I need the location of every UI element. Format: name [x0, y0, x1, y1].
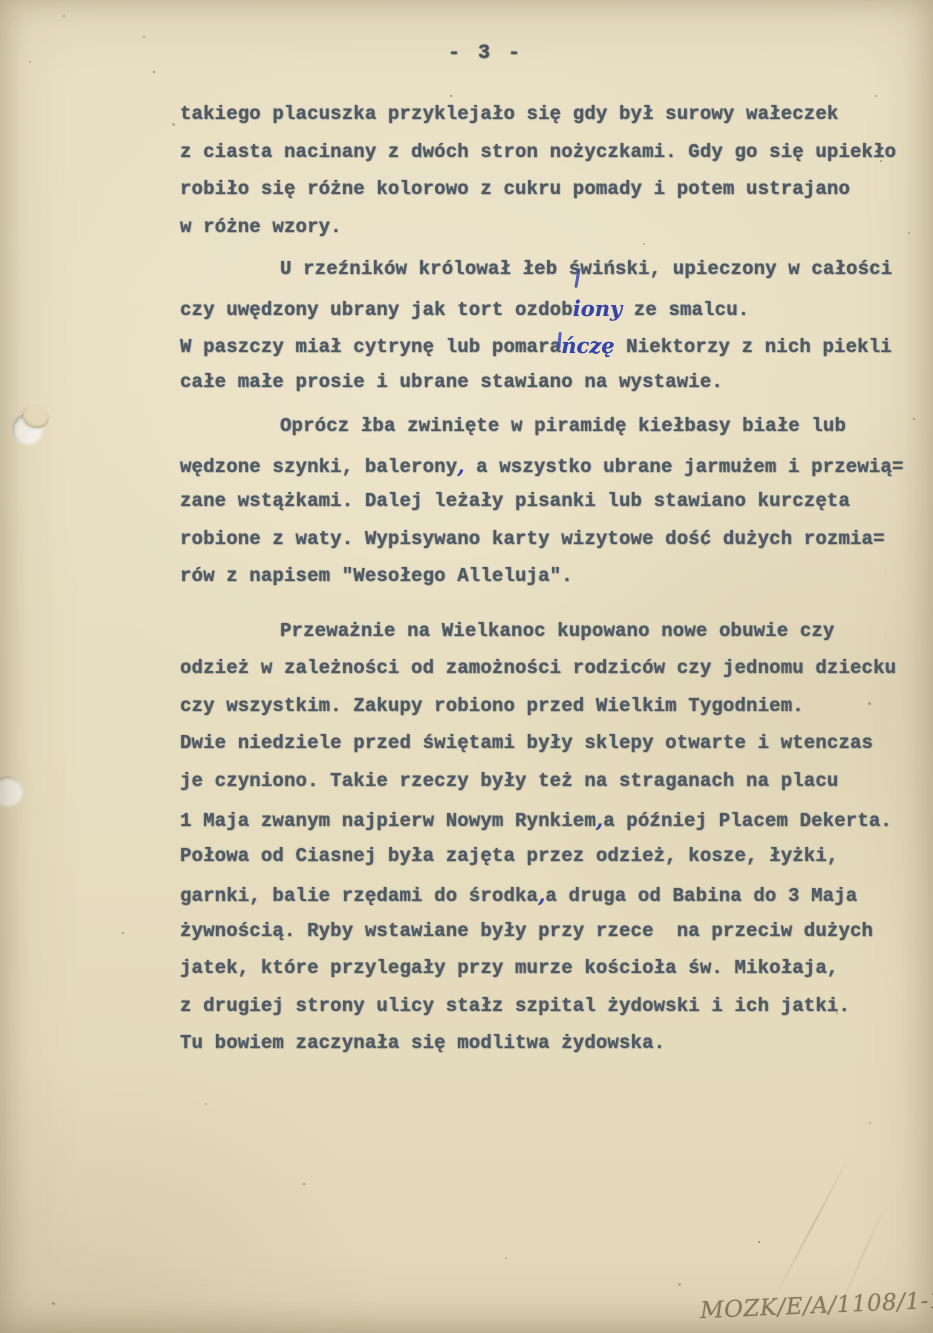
typed-text: odzież w zależności od zamożności rodzic…	[180, 657, 896, 679]
document-page: - 3 - takiego placuszka przyklejało się …	[0, 0, 933, 1333]
hole-punch	[0, 776, 22, 806]
text-line: Połowa od Ciasnej była zajęta przez odzi…	[180, 838, 920, 876]
typed-text: całe małe prosie i ubrane stawiano na wy…	[180, 371, 723, 393]
text-line: rów z napisem "Wesołego Alleluja".	[180, 558, 920, 596]
text-line: czy wszystkim. Zakupy robiono przed Wiel…	[180, 688, 920, 726]
text-line: takiego placuszka przyklejało się gdy by…	[180, 96, 920, 134]
text-line: W paszczy miał cytrynę lub pomarańczę Ni…	[180, 326, 920, 364]
paper-speck	[52, 1302, 55, 1305]
handwritten-correction: iony	[573, 296, 622, 321]
typed-text: takiego placuszka przyklejało się gdy by…	[180, 103, 838, 125]
typed-text: garnki, balie rzędami do środka	[180, 885, 538, 907]
handwritten-correction: ,	[538, 882, 545, 907]
paper-speck	[704, 544, 706, 546]
text-line: zane wstążkami. Dalej leżały pisanki lub…	[180, 483, 920, 521]
text-line: odzież w zależności od zamożności rodzic…	[180, 650, 920, 688]
typed-text: czy wszystkim. Zakupy robiono przed Wiel…	[180, 695, 804, 717]
text-line: całe małe prosie i ubrane stawiano na wy…	[180, 364, 920, 402]
typed-text: z ciasta nacinany z dwóch stron nożyczka…	[180, 141, 896, 163]
paper-speck	[869, 1122, 871, 1124]
text-line: wędzone szynki, balerony, a wszystko ubr…	[180, 446, 920, 484]
paper-speck	[63, 15, 65, 17]
typed-text: zane wstążkami. Dalej leżały pisanki lub…	[180, 490, 850, 512]
text-line: robione z waty. Wypisywano karty wizytow…	[180, 521, 920, 559]
text-line: jatek, które przylegały przy murze kości…	[180, 950, 920, 988]
typed-text: czy uwędzony ubrany jak tort ozdob	[180, 299, 573, 321]
text-line: czy uwędzony ubrany jak tort ozdobiony z…	[180, 289, 920, 327]
paper-speck	[303, 1183, 305, 1185]
paper-speck	[143, 36, 145, 38]
typewritten-text-block: takiego placuszka przyklejało się gdy by…	[180, 96, 920, 1063]
typed-text: Niektorzy z nich piekli	[615, 336, 892, 358]
text-line: Oprócz łba zwinięte w piramidę kiełbasy …	[180, 408, 920, 446]
handwritten-correction: ,	[457, 453, 464, 478]
paper-speck	[875, 95, 877, 97]
text-line: Przeważnie na Wielkanoc kupowano nowe ob…	[180, 613, 920, 651]
text-line: w różne wzory.	[180, 209, 920, 247]
text-line: 1 Maja zwanym najpierw Nowym Rynkiem,a p…	[180, 800, 920, 838]
typed-text: w różne wzory.	[180, 216, 342, 238]
text-line: z ciasta nacinany z dwóch stron nożyczka…	[180, 134, 920, 172]
text-line: je czyniono. Takie rzeczy były też na st…	[180, 763, 920, 801]
paper-speck	[122, 932, 124, 934]
paper-speck	[29, 61, 31, 63]
text-line: garnki, balie rzędami do środka,a druga …	[180, 875, 920, 913]
paragraph: takiego placuszka przyklejało się gdy by…	[180, 96, 920, 246]
typed-text: żywnością. Ryby wstawiane były przy rzec…	[180, 920, 873, 942]
paper-speck	[836, 1012, 838, 1014]
page-number: - 3 -	[448, 42, 523, 65]
paper-crease	[772, 1150, 853, 1301]
text-line: robiło się różne kolorowo z cukru pomady…	[180, 171, 920, 209]
paper-speck	[450, 95, 452, 97]
text-line: Tu bowiem zaczynała się modlitwa żydowsk…	[180, 1025, 920, 1063]
typed-text: jatek, które przylegały przy murze kości…	[180, 957, 838, 979]
typed-text: ze smalcu.	[622, 299, 749, 321]
typed-text: robiło się różne kolorowo z cukru pomady…	[180, 178, 850, 200]
typed-text: W paszczy miał cytrynę lub pomara	[180, 336, 561, 358]
typed-text: a później Placem Dekerta.	[603, 810, 892, 832]
text-line: U rzeźników królował łeb świński, upiecz…	[180, 251, 920, 289]
paper-speck	[758, 1241, 760, 1243]
paper-speck	[643, 243, 645, 245]
typed-text: wędzone szynki, balerony	[180, 456, 457, 478]
typed-text: Dwie niedziele przed świętami były sklep…	[180, 732, 873, 754]
paragraph: U rzeźników królował łeb świński, upiecz…	[180, 251, 920, 401]
paper-speck	[880, 160, 882, 162]
hole-punch	[12, 414, 42, 444]
typed-text: Przeważnie na Wielkanoc kupowano nowe ob…	[280, 620, 835, 642]
paper-speck	[678, 1283, 681, 1286]
paragraph: Przeważnie na Wielkanoc kupowano nowe ob…	[180, 613, 920, 1063]
typed-text: Tu bowiem zaczynała się modlitwa żydowsk…	[180, 1032, 665, 1054]
handwritten-correction: ,	[596, 807, 603, 832]
typed-text: Połowa od Ciasnej była zajęta przez odzi…	[180, 845, 838, 867]
typed-text: U rzeźników królował łeb świński, upiecz…	[280, 258, 892, 280]
hole-punch-flap	[20, 403, 52, 432]
archive-reference-handwritten: MOZK/E/A/1108/1-14/3	[700, 1286, 933, 1324]
typed-text: Oprócz łba zwinięte w piramidę kiełbasy …	[280, 415, 846, 437]
paper-speck	[172, 123, 175, 126]
paper-speck	[913, 418, 915, 420]
paper-speck	[868, 702, 871, 705]
paper-speck	[205, 1103, 207, 1105]
typed-text: a druga od Babina do 3 Maja	[545, 885, 857, 907]
typed-text: rów z napisem "Wesołego Alleluja".	[180, 565, 573, 587]
paper-speck	[153, 71, 155, 73]
paper-speck	[908, 232, 910, 234]
typed-text: 1 Maja zwanym najpierw Nowym Rynkiem	[180, 810, 596, 832]
typed-text: robione z waty. Wypisywano karty wizytow…	[180, 528, 885, 550]
typed-text: a wszystko ubrane jarmużem i przewią=	[465, 456, 904, 478]
typed-text: z drugiej strony ulicy stałz szpital żyd…	[180, 995, 850, 1017]
text-line: Dwie niedziele przed świętami były sklep…	[180, 725, 920, 763]
paper-speck	[505, 1257, 507, 1259]
text-line: z drugiej strony ulicy stałz szpital żyd…	[180, 988, 920, 1026]
handwritten-correction: ńczę	[561, 333, 614, 358]
paragraph: Oprócz łba zwinięte w piramidę kiełbasy …	[180, 408, 920, 596]
text-line: żywnością. Ryby wstawiane były przy rzec…	[180, 913, 920, 951]
typed-text: je czyniono. Takie rzeczy były też na st…	[180, 770, 838, 792]
